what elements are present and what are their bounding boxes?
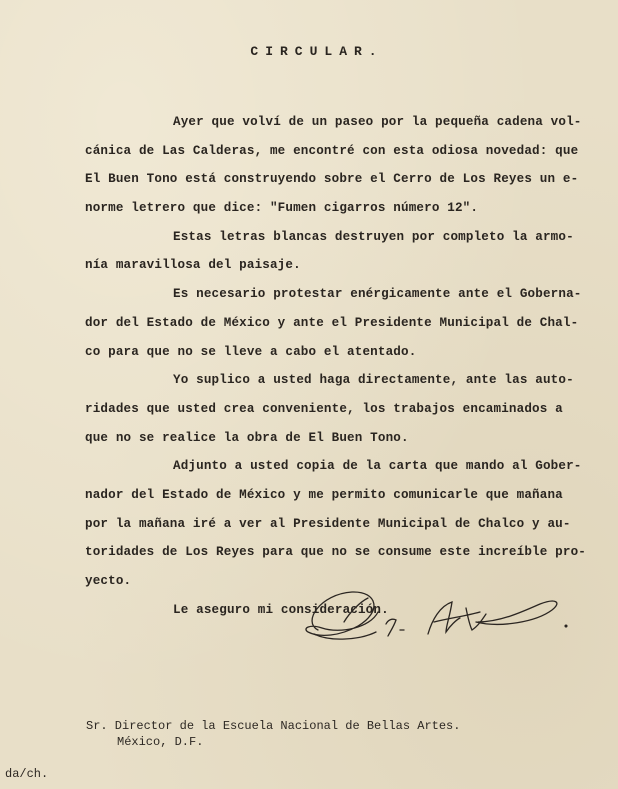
document-title: CIRCULAR. <box>0 44 618 59</box>
letter-body: Ayer que volví de un paseo por la pequeñ… <box>85 108 600 624</box>
body-line: norme letrero que dice: "Fumen cigarros … <box>85 194 600 223</box>
body-line: ridades que usted crea conveniente, los … <box>85 395 600 424</box>
body-line: Adjunto a usted copia de la carta que ma… <box>85 452 600 481</box>
body-line: que no se realice la obra de El Buen Ton… <box>85 424 600 453</box>
body-line: Ayer que volví de un paseo por la pequeñ… <box>85 108 600 137</box>
body-line: por la mañana iré a ver al Presidente Mu… <box>85 510 600 539</box>
recipient-address: Sr. Director de la Escuela Nacional de B… <box>86 718 460 750</box>
signature-icon <box>300 582 590 652</box>
recipient-city: México, D.F. <box>86 734 460 750</box>
handwritten-signature <box>300 582 590 652</box>
recipient-name: Sr. Director de la Escuela Nacional de B… <box>86 718 460 734</box>
body-line: El Buen Tono está construyendo sobre el … <box>85 165 600 194</box>
typist-initials: da/ch. <box>5 767 48 781</box>
body-line: toridades de Los Reyes para que no se co… <box>85 538 600 567</box>
body-line: nador del Estado de México y me permito … <box>85 481 600 510</box>
body-line: co para que no se lleve a cabo el atenta… <box>85 338 600 367</box>
body-line: Yo suplico a usted haga directamente, an… <box>85 366 600 395</box>
body-line: Es necesario protestar enérgicamente ant… <box>85 280 600 309</box>
body-line: cánica de Las Calderas, me encontré con … <box>85 137 600 166</box>
body-line: dor del Estado de México y ante el Presi… <box>85 309 600 338</box>
body-line: nía maravillosa del paisaje. <box>85 251 600 280</box>
body-line: Estas letras blancas destruyen por compl… <box>85 223 600 252</box>
